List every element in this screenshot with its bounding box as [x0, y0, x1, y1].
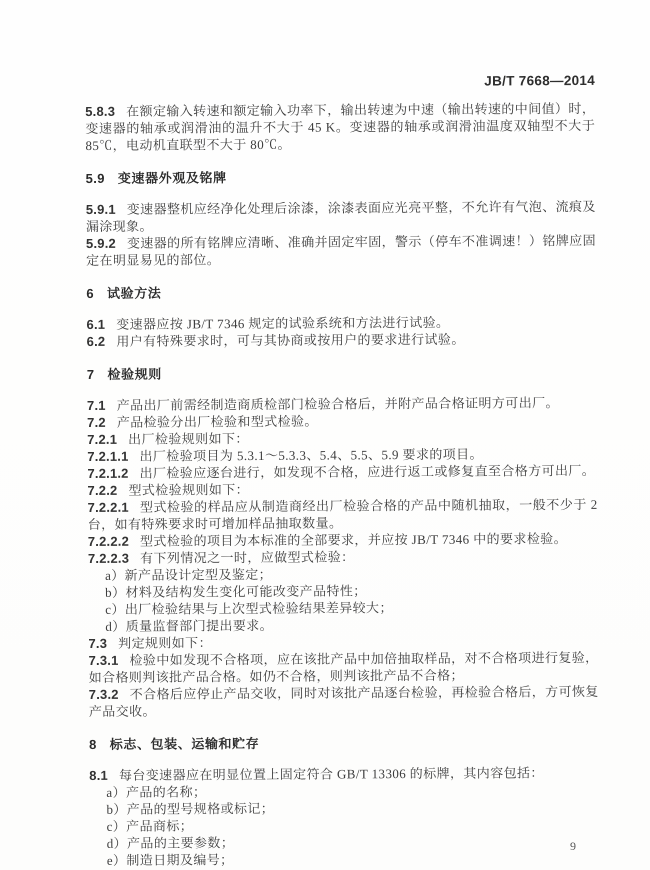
section-text: 出厂检验应逐台进行，如发现不合格，应进行返工或修复直至合格方可出厂。 [140, 463, 596, 481]
section-text: 检验中如发现不合格项，应在该批产品中加倍抽取样品，对不合格项进行复验，如合格则判… [89, 650, 599, 685]
section-text: a）产品的名称； [106, 784, 206, 800]
section-text: 型式检验的样品应从制造商经出厂检验合格的产品中随机抽取，一般不少于 2 台，如有… [88, 497, 598, 532]
section-text: 产品出厂前需经制造商质检部门检验合格后，并附产品合格证明方可出厂。 [117, 395, 559, 413]
section-number: 5.9 [86, 171, 105, 186]
section-text: a）新产品设计定型及鉴定； [105, 567, 272, 583]
section-text: b）产品的型号规格或标记； [106, 801, 274, 817]
list-item: e）制造日期及编号； [90, 849, 600, 869]
section-text: b）材料及结构发生变化可能改变产品特性； [105, 583, 367, 600]
section-text: 型式检验的项目为本标准的全部要求，并应按 JB/T 7346 中的要求检验。 [140, 531, 567, 549]
section-number: 7.2.2.3 [88, 551, 129, 566]
section-text: c）出厂检验结果与上次型式检验结果差异较大； [105, 600, 393, 617]
paragraph-7.2.2.2: 7.2.2.2型式检验的项目为本标准的全部要求，并应按 JB/T 7346 中的… [88, 530, 598, 550]
section-number: 7.2.2.1 [88, 500, 129, 515]
section-text: 检验规则 [107, 367, 161, 382]
document-sheet: JB/T 7668—2014 5.8.3在额定输入转速和额定输入功率下，输出转速… [85, 73, 600, 869]
section-number: 7.3.1 [89, 653, 119, 668]
section-text: 标志、包装、运输和贮存 [110, 736, 260, 752]
section-number: 7.2.1.2 [87, 466, 128, 481]
section-number: 6.2 [87, 334, 106, 349]
section-number: 7.3.2 [89, 687, 119, 702]
section-text: 型式检验规则如下： [128, 482, 249, 498]
page-number: 9 [570, 839, 576, 854]
section-text: d）质量监督部门提出要求。 [105, 618, 273, 634]
section-number: 6 [86, 286, 94, 301]
paragraph-5.9.1: 5.9.1变速器整机应经净化处理后涂漆，涂漆表面应光亮平整，不允许有气泡、流痕及… [86, 198, 596, 235]
section-number: 7.2.2.2 [88, 534, 129, 549]
section-number: 7.1 [87, 398, 106, 413]
heading-8: 8标志、包装、运输和贮存 [89, 733, 599, 753]
section-text: 变速器的所有铭牌应清晰、准确并固定牢固，警示（停车不准调速！）铭牌应固定在明显易… [86, 233, 596, 268]
section-text: 产品检验分出厂检验和型式检验。 [117, 414, 318, 430]
section-text: 不合格后应停止产品交收，同时对该批产品逐台检验，再检验合格后，方可恢复产品交收。 [89, 684, 599, 719]
section-number: 5.8.3 [85, 104, 115, 119]
paragraph-8.1: 8.1每台变速器应在明显位置上固定符合 GB/T 13306 的标牌，其内容包括… [89, 764, 599, 784]
section-text: 在额定输入转速和额定输入功率下，输出转速为中速（输出转速的中间值）时，变速器的轴… [85, 101, 595, 153]
section-text: 试验方法 [107, 286, 161, 301]
paragraph-5.9.2: 5.9.2变速器的所有铭牌应清晰、准确并固定牢固，警示（停车不准调速！）铭牌应固… [86, 232, 596, 269]
section-number: 5.9.1 [86, 202, 116, 217]
section-number: 5.9.2 [86, 236, 116, 251]
section-text: 每台变速器应在明显位置上固定符合 GB/T 13306 的标牌，其内容包括： [119, 765, 544, 783]
section-text: c）产品商标； [107, 818, 194, 834]
paragraph-5.8.3: 5.8.3在额定输入转速和额定输入功率下，输出转速为中速（输出转速的中间值）时，… [85, 100, 595, 154]
paragraph-7.2.2.1: 7.2.2.1型式检验的样品应从制造商经出厂检验合格的产品中随机抽取，一般不少于… [88, 496, 598, 533]
heading-5.9: 5.9变速器外观及铭牌 [86, 167, 596, 187]
section-number: 7 [87, 367, 95, 382]
standard-number-header: JB/T 7668—2014 [85, 73, 595, 91]
scanned-document-page: JB/T 7668—2014 5.8.3在额定输入转速和额定输入功率下，输出转速… [0, 0, 650, 870]
section-number: 7.2.1.1 [87, 449, 128, 464]
section-text: 变速器整机应经净化处理后涂漆，涂漆表面应光亮平整，不允许有气泡、流痕及漏涂现象。 [86, 199, 596, 234]
section-text: 有下列情况之一时，应做型式检验： [140, 549, 354, 565]
heading-6: 6试验方法 [86, 282, 596, 302]
section-text: d）产品的主要参数； [107, 835, 235, 851]
heading-7: 7检验规则 [87, 363, 597, 383]
section-text: e）制造日期及编号； [107, 852, 234, 868]
section-text: 出厂检验规则如下： [128, 431, 249, 447]
section-number: 7.2.1 [87, 432, 117, 447]
section-number: 8 [89, 737, 97, 752]
section-number: 7.2 [87, 415, 106, 430]
section-number: 8.1 [89, 768, 108, 783]
section-text: 出厂检验项目为 5.3.1～5.3.3、5.4、5.5、5.9 要求的项目。 [139, 447, 483, 464]
section-text: 判定规则如下： [118, 635, 212, 651]
section-text: 变速器应按 JB/T 7346 规定的试验系统和方法进行试验。 [116, 315, 449, 332]
document-body: 5.8.3在额定输入转速和额定输入功率下，输出转速为中速（输出转速的中间值）时，… [85, 100, 600, 869]
paragraph-7.1: 7.1产品出厂前需经制造商质检部门检验合格后，并附产品合格证明方可出厂。 [87, 394, 597, 414]
section-number: 7.2.2 [87, 483, 117, 498]
section-text: 用户有特殊要求时，可与其协商或按用户的要求进行试验。 [116, 332, 464, 349]
section-number: 6.1 [86, 317, 105, 332]
paragraph-7.2.1.2: 7.2.1.2出厂检验应逐台进行，如发现不合格，应进行返工或修复直至合格方可出厂… [87, 462, 597, 482]
section-number: 7.3 [88, 636, 107, 651]
paragraph-6.2: 6.2用户有特殊要求时，可与其协商或按用户的要求进行试验。 [87, 330, 597, 350]
section-text: 变速器外观及铭牌 [118, 170, 227, 186]
paragraph-7.3.2: 7.3.2不合格后应停止产品交收，同时对该批产品逐台检验，再检验合格后，方可恢复… [89, 683, 599, 720]
paragraph-7.3.1: 7.3.1检验中如发现不合格项，应在该批产品中加倍抽取样品，对不合格项进行复验，… [89, 649, 599, 686]
